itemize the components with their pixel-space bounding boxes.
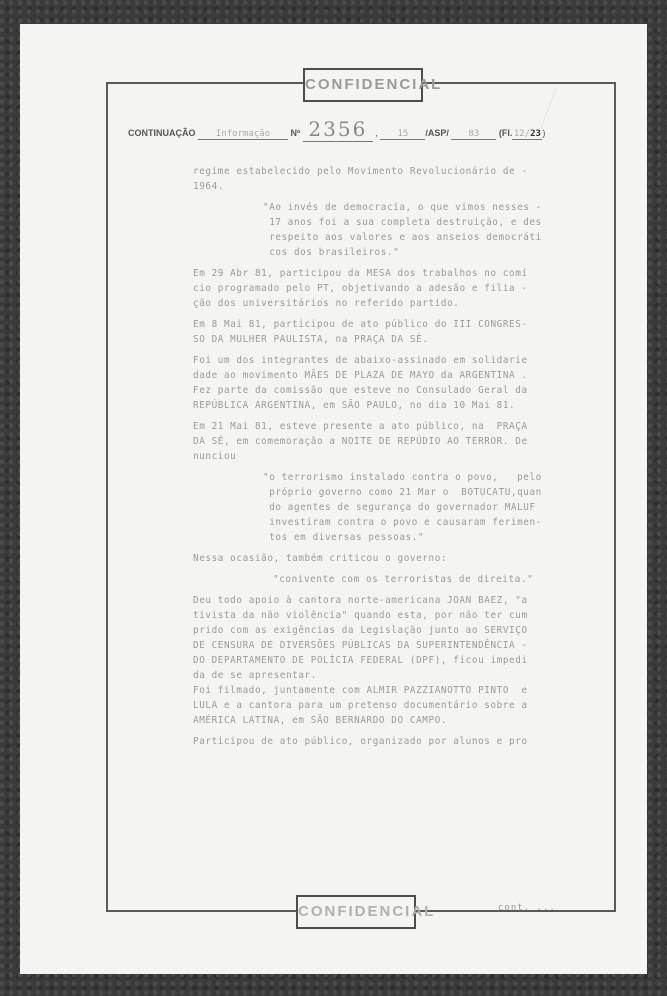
asp-label: /ASP/ <box>425 128 449 138</box>
quoted-statement: "conivente com os terroristas de direita… <box>273 572 613 587</box>
year-field: 83 <box>451 129 496 140</box>
paragraph: Participou de ato público, organizado po… <box>193 734 613 749</box>
folha-close: ) <box>542 128 545 138</box>
paragraph: Foi um dos integrantes de abaixo-assinad… <box>193 353 613 413</box>
doc-type-field: Informação <box>198 129 288 140</box>
paragraph: Em 21 Mai 81, esteve presente a ato públ… <box>193 419 613 464</box>
paragraph: Nessa ocasião, também criticou o governo… <box>193 551 613 566</box>
folha-current: 12 <box>514 129 525 139</box>
paragraph: Deu todo apoio à cantora norte-americana… <box>193 593 613 728</box>
document-header: CONTINUAÇÃO Informação Nº 2356 , 15/ASP/… <box>128 117 618 142</box>
continuacao-label: CONTINUAÇÃO <box>128 128 196 138</box>
quoted-statement: "o terrorismo instalado contra o povo, p… <box>263 470 613 545</box>
paragraph: regime estabelecido pelo Movimento Revol… <box>193 164 613 194</box>
quoted-statement: "Ao invés de democracia, o que vimos nes… <box>263 200 613 260</box>
continuation-note: cont. ... <box>498 903 556 913</box>
numero-label: Nº <box>291 128 301 138</box>
confidential-stamp-top: CONFIDENCIAL <box>303 68 423 102</box>
paragraph: Em 8 Mai 81, participou de ato público d… <box>193 317 613 347</box>
folha-total: 23 <box>530 129 541 139</box>
folha-label: (Fl. <box>499 128 513 138</box>
folha-field: 12/23 <box>512 129 542 140</box>
seq-field: 15 <box>380 129 425 140</box>
doc-number-field: 2356 <box>303 117 373 142</box>
confidential-stamp-bottom: CONFIDENCIAL <box>296 895 416 929</box>
document-body: regime estabelecido pelo Movimento Revol… <box>193 164 613 755</box>
paragraph: Em 29 Abr 81, participou da MESA dos tra… <box>193 266 613 311</box>
